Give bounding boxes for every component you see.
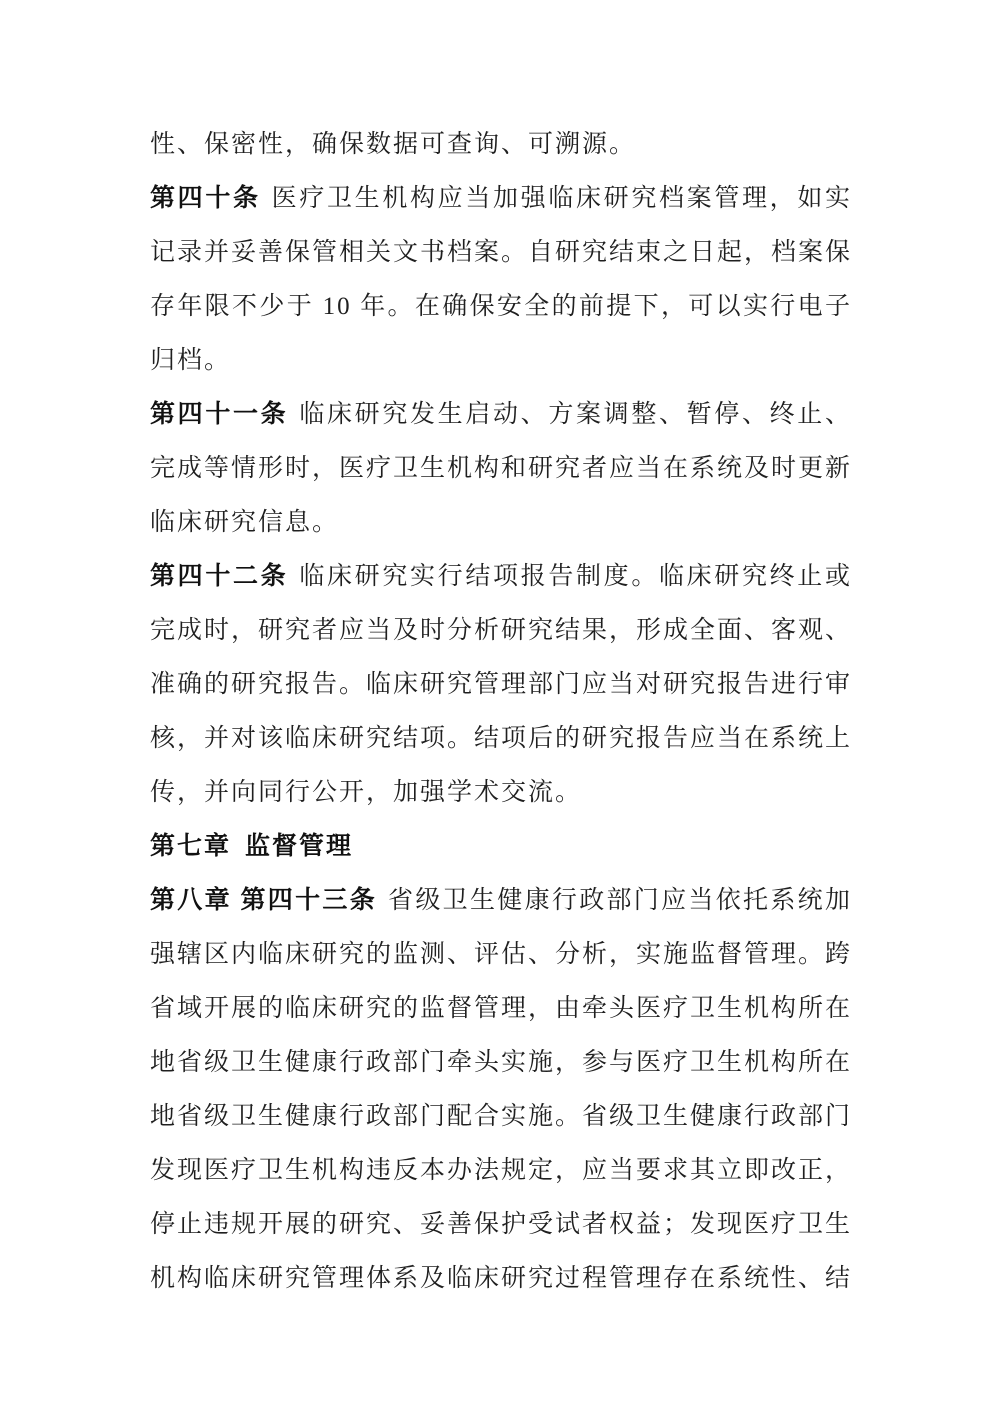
paragraph: 第四十一条临床研究发生启动、方案调整、暂停、终止、完成等情形时，医疗卫生机构和研… xyxy=(150,388,852,550)
paragraph-text: 监督管理 xyxy=(245,833,353,860)
document-body: 性、保密性，确保数据可查询、可溯源。 第四十条医疗卫生机构应当加强临床研究档案管… xyxy=(0,0,1000,1306)
article-heading: 第四十一条 xyxy=(150,401,288,428)
chapter-heading: 第七章监督管理 xyxy=(150,820,852,874)
paragraph: 性、保密性，确保数据可查询、可溯源。 xyxy=(150,118,852,172)
article-heading: 第四十二条 xyxy=(150,563,288,590)
article-heading: 第四十条 xyxy=(150,185,261,212)
article-heading: 第七章 xyxy=(150,833,231,860)
document-page: 性、保密性，确保数据可查询、可溯源。 第四十条医疗卫生机构应当加强临床研究档案管… xyxy=(0,0,1000,1413)
article-heading: 第八章 第四十三条 xyxy=(150,887,377,914)
paragraph-text: 医疗卫生机构应当加强临床研究档案管理，如实记录并妥善保管相关文书档案。自研究结束… xyxy=(150,185,852,374)
paragraph-text: 省级卫生健康行政部门应当依托系统加强辖区内临床研究的监测、评估、分析，实施监督管… xyxy=(150,887,852,1292)
paragraph: 第四十条医疗卫生机构应当加强临床研究档案管理，如实记录并妥善保管相关文书档案。自… xyxy=(150,172,852,388)
paragraph: 第八章 第四十三条省级卫生健康行政部门应当依托系统加强辖区内临床研究的监测、评估… xyxy=(150,874,852,1306)
paragraph: 第四十二条临床研究实行结项报告制度。临床研究终止或完成时，研究者应当及时分析研究… xyxy=(150,550,852,820)
paragraph-text: 性、保密性，确保数据可查询、可溯源。 xyxy=(150,131,636,158)
paragraph-text: 临床研究实行结项报告制度。临床研究终止或完成时，研究者应当及时分析研究结果，形成… xyxy=(150,563,852,806)
